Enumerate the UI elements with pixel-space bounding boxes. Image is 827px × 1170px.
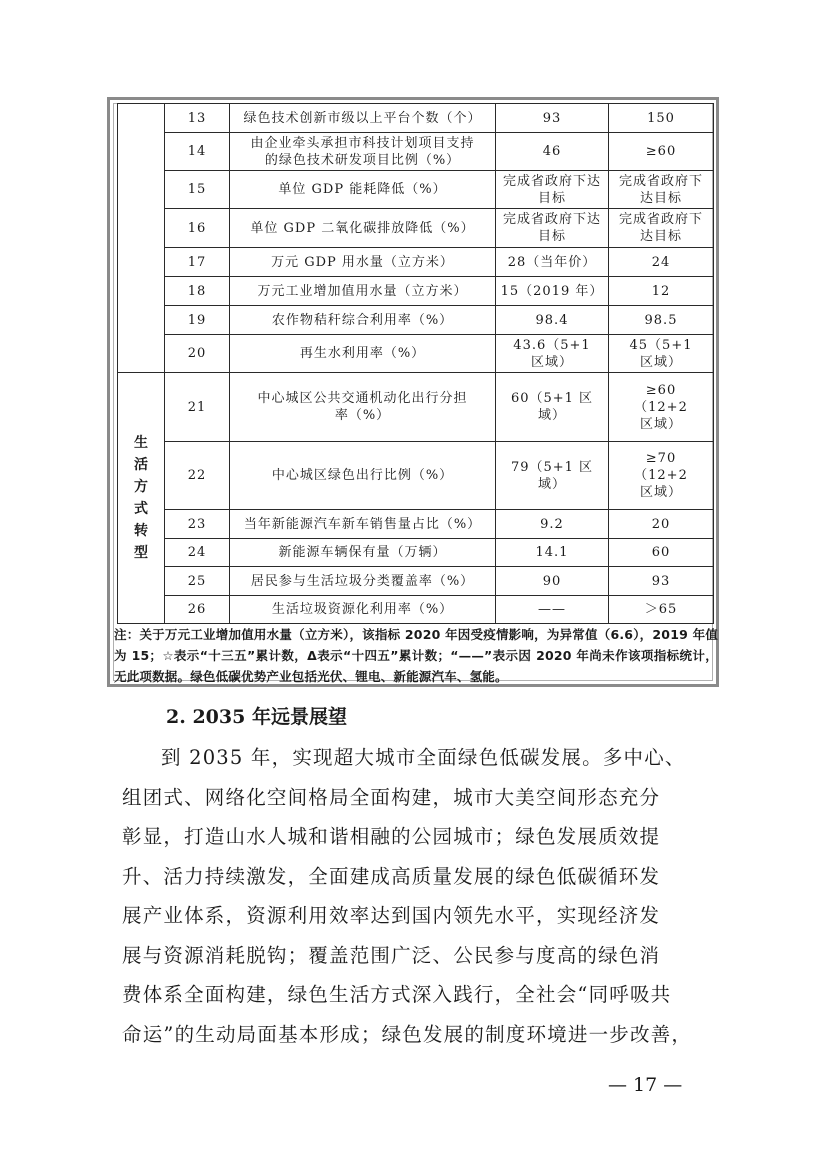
table-row: 15 单位 GDP 能耗降低（%） 完成省政府下达目标 完成省政府下达目标 xyxy=(118,171,714,209)
table-row: 19 农作物秸秆综合利用率（%） 98.4 98.5 xyxy=(118,306,714,335)
row-number: 23 xyxy=(165,510,230,539)
body-paragraph: 到 2035 年，实现超大城市全面绿色低碳发展。多中心、 组团式、网络化空间格局… xyxy=(122,738,714,1054)
row-number: 25 xyxy=(165,567,230,596)
row-number: 17 xyxy=(165,248,230,277)
row-number: 13 xyxy=(165,104,230,133)
table-row: 18 万元工业增加值用水量（立方米） 15（2019 年） 12 xyxy=(118,277,714,306)
indicator-name: 万元 GDP 用水量（立方米） xyxy=(230,248,496,277)
table-row: 生活方式转型 21 中心城区公共交通机动化出行分担率（%） 60（5+1 区域）… xyxy=(118,373,714,442)
indicator-table: 13 绿色技术创新市级以上平台个数（个） 93 150 14 由企业牵头承担市科… xyxy=(117,103,714,624)
row-number: 14 xyxy=(165,133,230,171)
row-number: 20 xyxy=(165,335,230,373)
section-heading: 2. 2035 年远景展望 xyxy=(166,702,347,729)
current-value: 9.2 xyxy=(496,510,609,539)
table-row: 17 万元 GDP 用水量（立方米） 28（当年价） 24 xyxy=(118,248,714,277)
target-value: 12 xyxy=(609,277,714,306)
indicator-name: 中心城区绿色出行比例（%） xyxy=(230,442,496,510)
row-number: 15 xyxy=(165,171,230,209)
row-number: 26 xyxy=(165,596,230,624)
paragraph-line: 升、活力持续激发，全面建成高质量发展的绿色低碳循环发 xyxy=(122,857,714,897)
row-number: 18 xyxy=(165,277,230,306)
target-value: 完成省政府下达目标 xyxy=(609,171,714,209)
indicator-name: 再生水利用率（%） xyxy=(230,335,496,373)
current-value: 完成省政府下达目标 xyxy=(496,171,609,209)
current-value: 93 xyxy=(496,104,609,133)
paragraph-line: 组团式、网络化空间格局全面构建，城市大美空间形态充分 xyxy=(122,778,714,818)
target-value: 45（5+1 区域） xyxy=(609,335,714,373)
table-row: 23 当年新能源汽车新车销售量占比（%） 9.2 20 xyxy=(118,510,714,539)
row-number: 21 xyxy=(165,373,230,442)
paragraph-line: 到 2035 年，实现超大城市全面绿色低碳发展。多中心、 xyxy=(122,738,714,778)
target-value: 20 xyxy=(609,510,714,539)
target-value: 93 xyxy=(609,567,714,596)
indicator-name: 农作物秸秆综合利用率（%） xyxy=(230,306,496,335)
indicator-name: 由企业牵头承担市科技计划项目支持的绿色技术研发项目比例（%） xyxy=(230,133,496,171)
target-value: 完成省政府下达目标 xyxy=(609,209,714,248)
table-row: 16 单位 GDP 二氧化碳排放降低（%） 完成省政府下达目标 完成省政府下达目… xyxy=(118,209,714,248)
current-value: 79（5+1 区域） xyxy=(496,442,609,510)
table-row: 22 中心城区绿色出行比例（%） 79（5+1 区域） ≥70（12+2 区域） xyxy=(118,442,714,510)
current-value: 完成省政府下达目标 xyxy=(496,209,609,248)
page-number: — 17 — xyxy=(608,1074,682,1096)
paragraph-line: 展产业体系，资源利用效率达到国内领先水平，实现经济发 xyxy=(122,896,714,936)
table-row: 24 新能源车辆保有量（万辆） 14.1 60 xyxy=(118,539,714,567)
indicator-name: 绿色技术创新市级以上平台个数（个） xyxy=(230,104,496,133)
table-row: 20 再生水利用率（%） 43.6（5+1 区域） 45（5+1 区域） xyxy=(118,335,714,373)
row-number: 24 xyxy=(165,539,230,567)
indicator-name: 单位 GDP 二氧化碳排放降低（%） xyxy=(230,209,496,248)
target-value: 60 xyxy=(609,539,714,567)
table-row: 14 由企业牵头承担市科技计划项目支持的绿色技术研发项目比例（%） 46 ≥60 xyxy=(118,133,714,171)
target-value: 24 xyxy=(609,248,714,277)
current-value: 60（5+1 区域） xyxy=(496,373,609,442)
table-note: 注：关于万元工业增加值用水量（立方米），该指标 2020 年因受疫情影响，为异常… xyxy=(114,624,718,687)
current-value: 90 xyxy=(496,567,609,596)
paragraph-line: 展与资源消耗脱钩；覆盖范围广泛、公民参与度高的绿色消 xyxy=(122,936,714,976)
current-value: 46 xyxy=(496,133,609,171)
target-value: ＞65 xyxy=(609,596,714,624)
current-value: —— xyxy=(496,596,609,624)
indicator-name: 新能源车辆保有量（万辆） xyxy=(230,539,496,567)
indicator-name: 单位 GDP 能耗降低（%） xyxy=(230,171,496,209)
current-value: 98.4 xyxy=(496,306,609,335)
category-cell-lifestyle: 生活方式转型 xyxy=(118,373,165,624)
target-value: ≥70（12+2 区域） xyxy=(609,442,714,510)
current-value: 28（当年价） xyxy=(496,248,609,277)
target-value: ≥60（12+2 区域） xyxy=(609,373,714,442)
table-row: 25 居民参与生活垃圾分类覆盖率（%） 90 93 xyxy=(118,567,714,596)
paragraph-line: 彰显，打造山水人城和谐相融的公园城市；绿色发展质效提 xyxy=(122,817,714,857)
paragraph-line: 命运”的生动局面基本形成；绿色发展的制度环境进一步改善， xyxy=(122,1015,714,1055)
current-value: 15（2019 年） xyxy=(496,277,609,306)
indicator-name: 万元工业增加值用水量（立方米） xyxy=(230,277,496,306)
indicator-name: 中心城区公共交通机动化出行分担率（%） xyxy=(230,373,496,442)
category-cell-previous xyxy=(118,104,165,373)
indicator-name: 当年新能源汽车新车销售量占比（%） xyxy=(230,510,496,539)
current-value: 43.6（5+1 区域） xyxy=(496,335,609,373)
current-value: 14.1 xyxy=(496,539,609,567)
target-value: 98.5 xyxy=(609,306,714,335)
table-row: 26 生活垃圾资源化利用率（%） —— ＞65 xyxy=(118,596,714,624)
indicator-name: 居民参与生活垃圾分类覆盖率（%） xyxy=(230,567,496,596)
paragraph-line: 费体系全面构建，绿色生活方式深入践行，全社会“同呼吸共 xyxy=(122,975,714,1015)
target-value: 150 xyxy=(609,104,714,133)
row-number: 19 xyxy=(165,306,230,335)
indicator-name: 生活垃圾资源化利用率（%） xyxy=(230,596,496,624)
row-number: 22 xyxy=(165,442,230,510)
target-value: ≥60 xyxy=(609,133,714,171)
row-number: 16 xyxy=(165,209,230,248)
table-row: 13 绿色技术创新市级以上平台个数（个） 93 150 xyxy=(118,104,714,133)
